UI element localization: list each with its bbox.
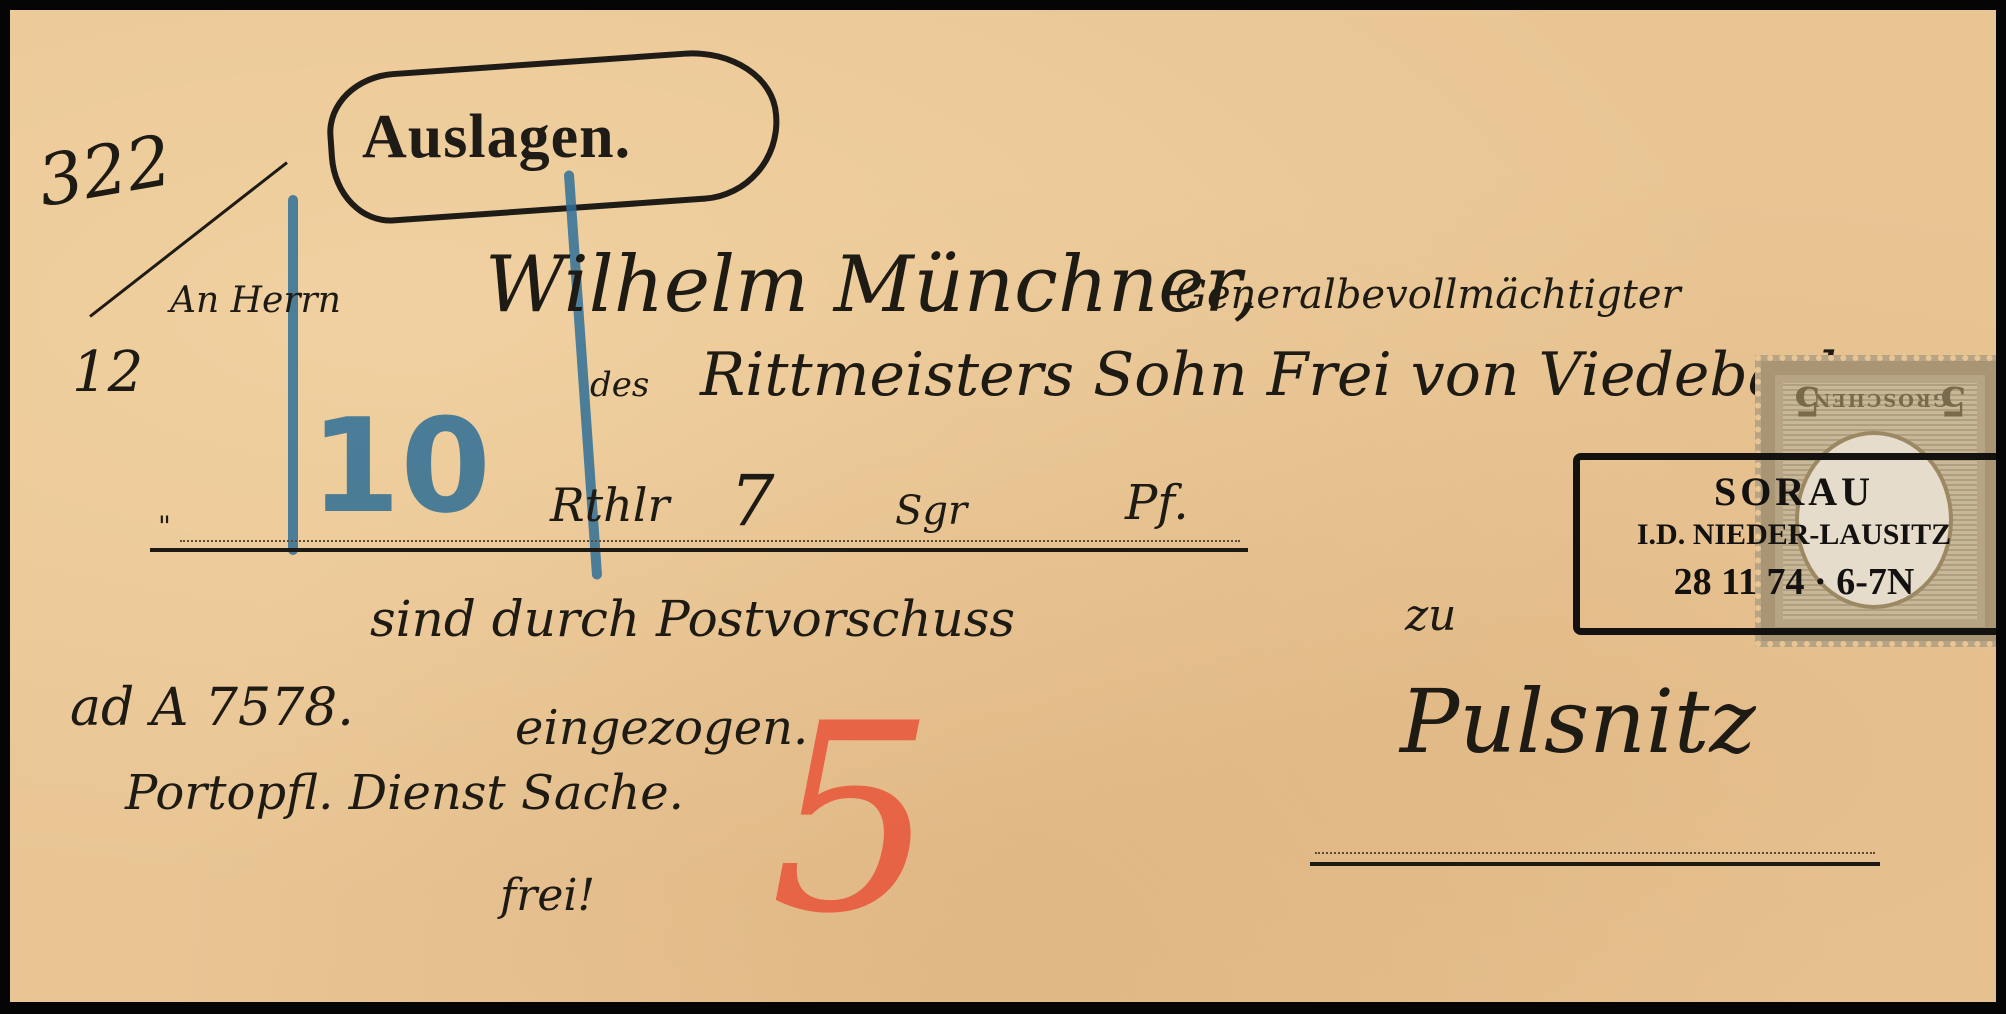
destination-town: Pulsnitz (1400, 670, 1756, 773)
postmark-town: SORAU (1580, 468, 1996, 515)
postal-note: sind durch Postvorschuss (370, 590, 1015, 648)
destination-dotted-line (1315, 852, 1875, 854)
addressee-name: Wilhelm Münchner, (485, 240, 1258, 330)
amount-dotted-line (180, 540, 1240, 542)
amount-rthlr-label: Rthlr (550, 478, 669, 532)
reference-note: ad A 7578. (70, 678, 354, 738)
postmark-box: SORAU I.D. NIEDER-LAUSITZ 28 11 74 · 6-7… (1573, 453, 1996, 635)
amount-rthlr-value: 7 (730, 460, 775, 542)
blue-crayon-stroke (288, 195, 298, 555)
amount-pf-label: Pf. (1125, 475, 1189, 531)
destination-prefix: zu (1405, 590, 1457, 641)
destination-rule (1310, 862, 1880, 866)
address-line2-prefix: des (590, 365, 649, 405)
address-salutation: An Herrn (170, 280, 341, 321)
envelope-paper: 322 12 Auslagen. 10 An Herrn Wilhelm Mün… (10, 10, 1996, 1002)
auslagen-cachet-label: Auslagen. (362, 102, 631, 173)
addressee-title: Generalbevollmächtigter (1175, 272, 1681, 318)
margin-note-top: 322 (32, 119, 178, 223)
blue-crayon-figure: 10 (310, 390, 491, 542)
service-note: Portopfl. Dienst Sache. (125, 765, 684, 821)
stamp-label: GROSCHEN (1761, 389, 1996, 410)
red-crayon-figure: 5 (770, 690, 935, 950)
address-line2: Rittmeisters Sohn Frei von Viedebach (700, 340, 1856, 410)
amount-sgr-label: Sgr (895, 488, 967, 534)
amount-rule (150, 548, 1248, 552)
amount-quote-mark: " (158, 510, 171, 543)
postmark-region: I.D. NIEDER-LAUSITZ (1580, 518, 1996, 552)
margin-note-bottom: 12 (72, 340, 143, 405)
collected-note: eingezogen. (515, 700, 808, 756)
postmark-date: 28 11 74 · 6-7N (1580, 560, 1996, 604)
free-note: frei! (500, 870, 595, 921)
